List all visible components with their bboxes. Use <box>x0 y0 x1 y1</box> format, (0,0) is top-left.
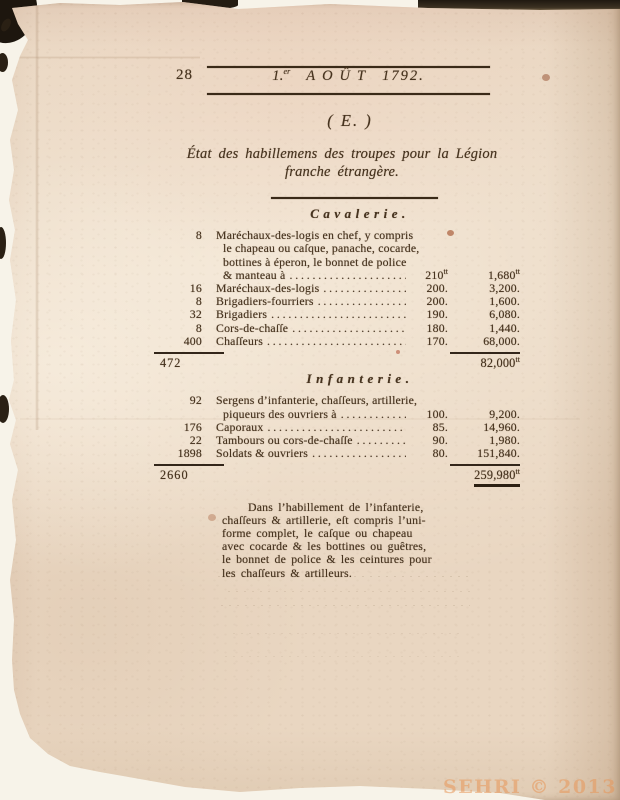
section-label: ( E. ) <box>166 114 534 127</box>
table-row: 8Cors-de-chaſſe.........................… <box>152 322 520 335</box>
dot-leader: ........................................… <box>308 447 406 460</box>
cavalerie-heading: Cavalerie. <box>176 207 544 220</box>
date-prefix: 1. <box>272 68 283 84</box>
description-text: piqueurs des ouvriers à <box>223 408 337 421</box>
description-line: bottines à éperon, le bonnet de police <box>216 256 406 269</box>
paper-edge-mark <box>0 227 6 259</box>
cavalerie-total-qty-cell: 472 <box>152 352 232 370</box>
showthrough-ghost <box>225 590 470 593</box>
showthrough-ghost <box>230 632 460 635</box>
total-rule <box>154 464 224 466</box>
description-cell: Sergens d’infanterie, chaſſeurs, artille… <box>208 394 406 420</box>
qty-cell: 32 <box>152 308 208 321</box>
cavalerie-table: 8Maréchaux-des-logis en chef, y comprisl… <box>152 229 520 348</box>
infanterie-total-qty: 2660 <box>152 469 232 482</box>
table-row: 92Sergens d’infanterie, chaſſeurs, artil… <box>152 394 520 420</box>
infanterie-heading: Infanterie. <box>176 372 544 385</box>
unit-price-cell: 100. <box>406 408 448 421</box>
unit-price-cell: 190. <box>406 308 448 321</box>
description-cell: Soldats & ouvriers......................… <box>208 447 406 460</box>
description-text: Chaſſeurs <box>216 335 263 348</box>
total-rule <box>450 352 520 354</box>
unit-price-cell: 170. <box>406 335 448 348</box>
note-line: les chaſſeurs & artilleurs. <box>222 567 466 580</box>
cavalerie-total-amount-cell: 82,000tt <box>442 352 520 370</box>
table-row: 32Brigadiers............................… <box>152 308 520 321</box>
date-year: 1792. <box>382 68 425 84</box>
date-ordinal: er <box>284 67 291 76</box>
dot-leader: ........................................… <box>337 408 406 421</box>
dot-leader: ........................................… <box>267 308 406 321</box>
dot-leader: ........................................… <box>319 282 406 295</box>
table-row: 400Chaſſeurs............................… <box>152 335 520 348</box>
description-line: piqueurs des ouvriers à.................… <box>216 408 406 421</box>
note-line: Dans l’habillement de l’infanterie, <box>222 501 466 514</box>
infanterie-total-qty-cell: 2660 <box>152 464 232 486</box>
description-line: le chapeau ou caſque, panache, cocarde, <box>216 242 406 255</box>
dot-leader: ........................................… <box>353 434 406 447</box>
document-title-line1: État des habillemens des troupes pour la… <box>158 146 526 164</box>
unit-price-cell: 180. <box>406 322 448 335</box>
description-cell: Chaſſeurs...............................… <box>208 335 406 348</box>
description-cell: Cors-de-chaſſe..........................… <box>208 322 406 335</box>
scanned-document-page: 28 1.erAoût1792. ( E. ) État des habille… <box>0 0 620 800</box>
note-line: le bonnet de police & les ceintures pour <box>222 553 466 566</box>
showthrough-ghost <box>222 655 462 658</box>
qty-cell: 8 <box>152 229 208 242</box>
description-line: Brigadiers..............................… <box>216 308 406 321</box>
amount-cell: 9,200. <box>448 408 520 421</box>
watermark: SEHRI © 2013 <box>443 776 617 798</box>
qty-cell: 8 <box>152 322 208 335</box>
document-title: État des habillemens des troupes pour la… <box>158 146 526 181</box>
dot-leader: ........................................… <box>288 322 406 335</box>
amount-cell: 1,440. <box>448 322 520 335</box>
amount-cell: 151,840. <box>448 447 520 460</box>
description-text: Soldats & ouvriers <box>216 447 308 460</box>
table-row: 1898Soldats & ouvriers..................… <box>152 447 520 460</box>
paper-stain <box>542 74 550 81</box>
description-cell: Maréchaux-des-logis en chef, y comprisle… <box>208 229 406 282</box>
header-rule-bottom <box>207 93 490 95</box>
paper-page: 28 1.erAoût1792. ( E. ) État des habille… <box>0 0 620 800</box>
amount-cell: 68,000. <box>448 335 520 348</box>
footnote-paragraph: Dans l’habillement de l’infanterie,chaſſ… <box>222 501 466 580</box>
grand-total-amount: 259,980tt <box>474 469 520 486</box>
table-row: 8Maréchaux-des-logis en chef, y comprisl… <box>152 229 520 282</box>
paper-crease <box>0 56 200 59</box>
infanterie-table: 92Sergens d’infanterie, chaſſeurs, artil… <box>152 394 520 460</box>
document-title-line2: franche étrangère. <box>158 164 526 182</box>
unit-price-cell: 80. <box>406 447 448 460</box>
description-line: Soldats & ouvriers......................… <box>216 447 406 460</box>
cavalerie-total-qty: 472 <box>152 357 232 370</box>
total-rule <box>154 352 224 354</box>
table-row: 8Brigadiers-fourriers...................… <box>152 295 520 308</box>
paper-edge-mark <box>0 53 8 72</box>
cavalerie-totals-row: 472 82,000tt <box>152 352 520 370</box>
date-month: Août <box>306 68 372 84</box>
description-text: Cors-de-chaſſe <box>216 322 288 335</box>
dot-leader: ........................................… <box>314 295 406 308</box>
description-text: Brigadiers <box>216 308 267 321</box>
paper-crease <box>35 0 39 430</box>
description-line: Sergens d’infanterie, chaſſeurs, artille… <box>216 394 406 407</box>
description-line: Cors-de-chaſſe..........................… <box>216 322 406 335</box>
paper-edge-mark <box>0 395 9 423</box>
table-row: 22Tambours ou cors-de-chaſſe............… <box>152 434 520 447</box>
table-row: 16Maréchaux-des-logis...................… <box>152 282 520 295</box>
infanterie-totals-row: 2660 259,980tt <box>152 464 520 486</box>
description-line: Chaſſeurs...............................… <box>216 335 406 348</box>
qty-cell: 400 <box>152 335 208 348</box>
infanterie-total-amount-cell: 259,980tt <box>442 464 520 486</box>
amount-cell: 6,080. <box>448 308 520 321</box>
header-date: 1.erAoût1792. <box>207 70 490 83</box>
showthrough-ghost <box>218 604 470 607</box>
qty-cell: 1898 <box>152 447 208 460</box>
cavalerie-total-amount: 82,000tt <box>481 357 520 370</box>
dot-leader: ........................................… <box>263 335 406 348</box>
page-number: 28 <box>176 69 193 82</box>
title-rule <box>271 197 438 199</box>
description-cell: Brigadiers..............................… <box>208 308 406 321</box>
qty-cell: 92 <box>152 394 208 407</box>
total-rule <box>450 464 520 466</box>
